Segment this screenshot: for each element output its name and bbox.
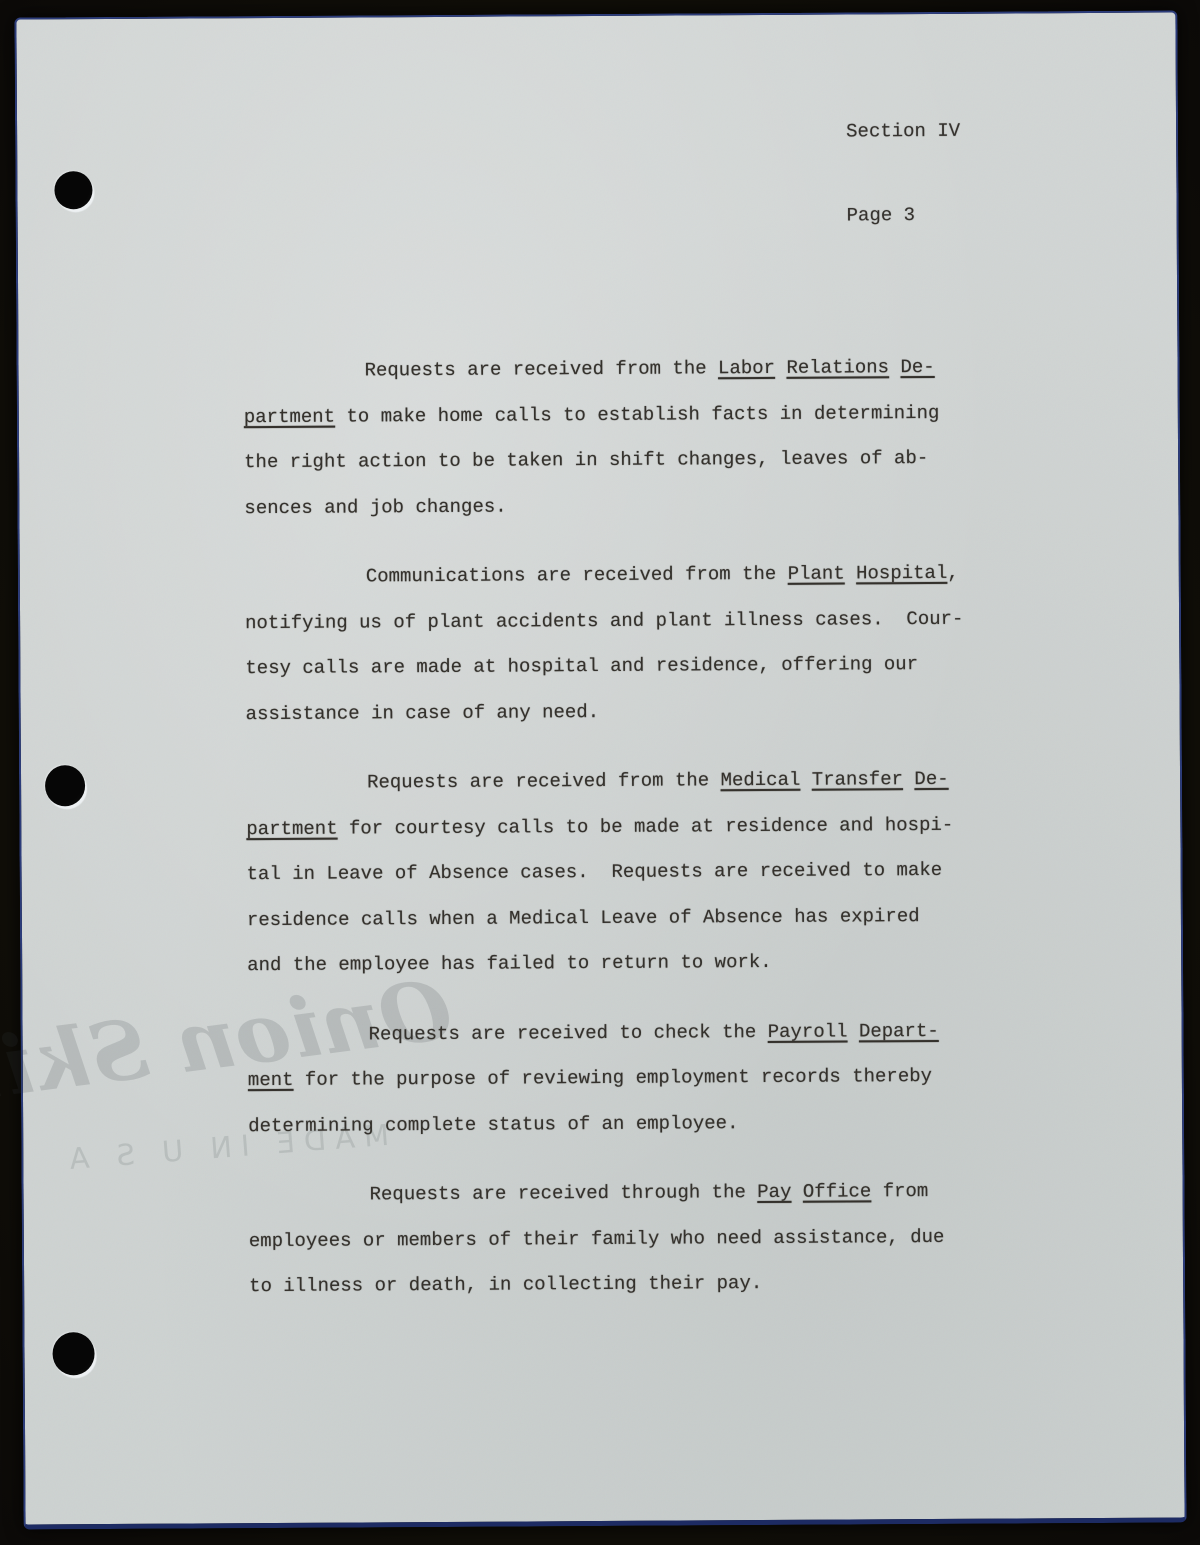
text-line: Requests are received through the Pay Of… — [248, 1169, 993, 1219]
text-line: Communications are received from the Pla… — [245, 551, 990, 601]
text-segment: notifying us of plant accidents and plan… — [245, 607, 963, 633]
text-segment: employees or members of their family who… — [249, 1225, 945, 1251]
text-segment — [775, 357, 787, 379]
text-segment — [889, 356, 901, 378]
text-line: notifying us of plant accidents and plan… — [245, 596, 990, 646]
text-segment: residence calls when a Medical Leave of … — [247, 905, 920, 931]
text-segment: determining complete status of an employ… — [248, 1112, 738, 1137]
text-segment — [791, 1181, 803, 1203]
text-segment: for the purpose of reviewing employment … — [293, 1065, 932, 1091]
text-segment: to illness or death, in collecting their… — [249, 1272, 762, 1297]
text-line: tesy calls are made at hospital and resi… — [245, 642, 990, 692]
text-line: Requests are received from the Medical T… — [246, 757, 991, 807]
text-line: tal in Leave of Absence cases. Requests … — [246, 848, 991, 898]
paragraph: Requests are received from the Medical T… — [246, 757, 992, 989]
photo-background: Onion Skin MADE IN U S A Section IV Page… — [0, 0, 1200, 1545]
underlined-text: Labor — [718, 357, 775, 379]
text-segment: assistance in case of any need. — [246, 701, 600, 725]
text-segment: sences and job changes. — [244, 495, 506, 519]
text-line: and the employee has failed to return to… — [247, 939, 992, 989]
paragraph: Communications are received from the Pla… — [245, 551, 991, 738]
text-segment: Requests are received through the — [370, 1181, 758, 1205]
text-line: sences and job changes. — [244, 481, 989, 531]
page-header: Section IV Page 3 — [846, 61, 961, 286]
text-segment: Communications are received from the — [366, 563, 788, 588]
text-segment: to make home calls to establish facts in… — [335, 401, 939, 427]
paragraph: Requests are received from the Labor Rel… — [243, 345, 989, 532]
text-segment: the right action to be taken in shift ch… — [244, 447, 928, 473]
text-line: employees or members of their family who… — [249, 1214, 994, 1264]
text-segment: tal in Leave of Absence cases. Requests … — [247, 859, 943, 885]
text-segment — [847, 1020, 859, 1042]
section-label: Section IV — [846, 117, 960, 146]
text-segment: from — [871, 1180, 928, 1202]
text-line: Requests are received to check the Payro… — [247, 1008, 992, 1058]
underlined-text: Office — [803, 1180, 872, 1202]
underlined-text: Relations — [786, 356, 889, 379]
text-line: assistance in case of any need. — [246, 687, 991, 737]
underlined-text: Pay — [757, 1181, 791, 1203]
text-line: partment to make home calls to establish… — [244, 390, 989, 440]
underlined-text: De- — [914, 768, 948, 790]
underlined-text: partment — [246, 817, 337, 840]
underlined-text: De- — [900, 356, 934, 378]
document-text: Requests are received from the Labor Rel… — [243, 345, 994, 1334]
underlined-text: Plant — [788, 563, 845, 585]
text-segment — [903, 768, 915, 790]
hole-punch — [45, 765, 85, 806]
text-segment: and the employee has failed to return to… — [247, 951, 772, 976]
underlined-text: Transfer — [812, 768, 903, 791]
text-line: the right action to be taken in shift ch… — [244, 436, 989, 486]
text-line: ment for the purpose of reviewing employ… — [248, 1054, 993, 1104]
page-number: Page 3 — [847, 201, 961, 230]
text-segment: for courtesy calls to be made at residen… — [338, 813, 954, 839]
text-line: residence calls when a Medical Leave of … — [247, 893, 992, 943]
text-line: to illness or death, in collecting their… — [249, 1260, 994, 1310]
hole-punch — [52, 1332, 94, 1375]
hole-punch — [54, 171, 92, 209]
underlined-text: Medical — [720, 769, 800, 791]
underlined-text: partment — [244, 405, 335, 428]
text-segment: Requests are received from the — [367, 769, 721, 793]
text-line: partment for courtesy calls to be made a… — [246, 802, 991, 852]
paragraph: Requests are received through the Pay Of… — [248, 1169, 994, 1310]
underlined-text: Payroll — [768, 1020, 848, 1042]
text-segment — [800, 769, 812, 791]
paragraph: Requests are received to check the Payro… — [247, 1008, 993, 1149]
text-segment — [845, 562, 857, 584]
text-segment: Requests are received from the — [364, 357, 718, 381]
text-segment: Requests are received to check the — [369, 1020, 768, 1044]
text-line: determining complete status of an employ… — [248, 1099, 993, 1149]
text-segment: tesy calls are made at hospital and resi… — [245, 653, 918, 679]
text-segment: , — [947, 562, 959, 584]
underlined-text: Depart- — [859, 1019, 939, 1041]
underlined-text: ment — [248, 1069, 294, 1091]
document-page: Onion Skin MADE IN U S A Section IV Page… — [14, 10, 1186, 1529]
text-line: Requests are received from the Labor Rel… — [243, 345, 988, 395]
underlined-text: Hospital — [856, 562, 947, 585]
